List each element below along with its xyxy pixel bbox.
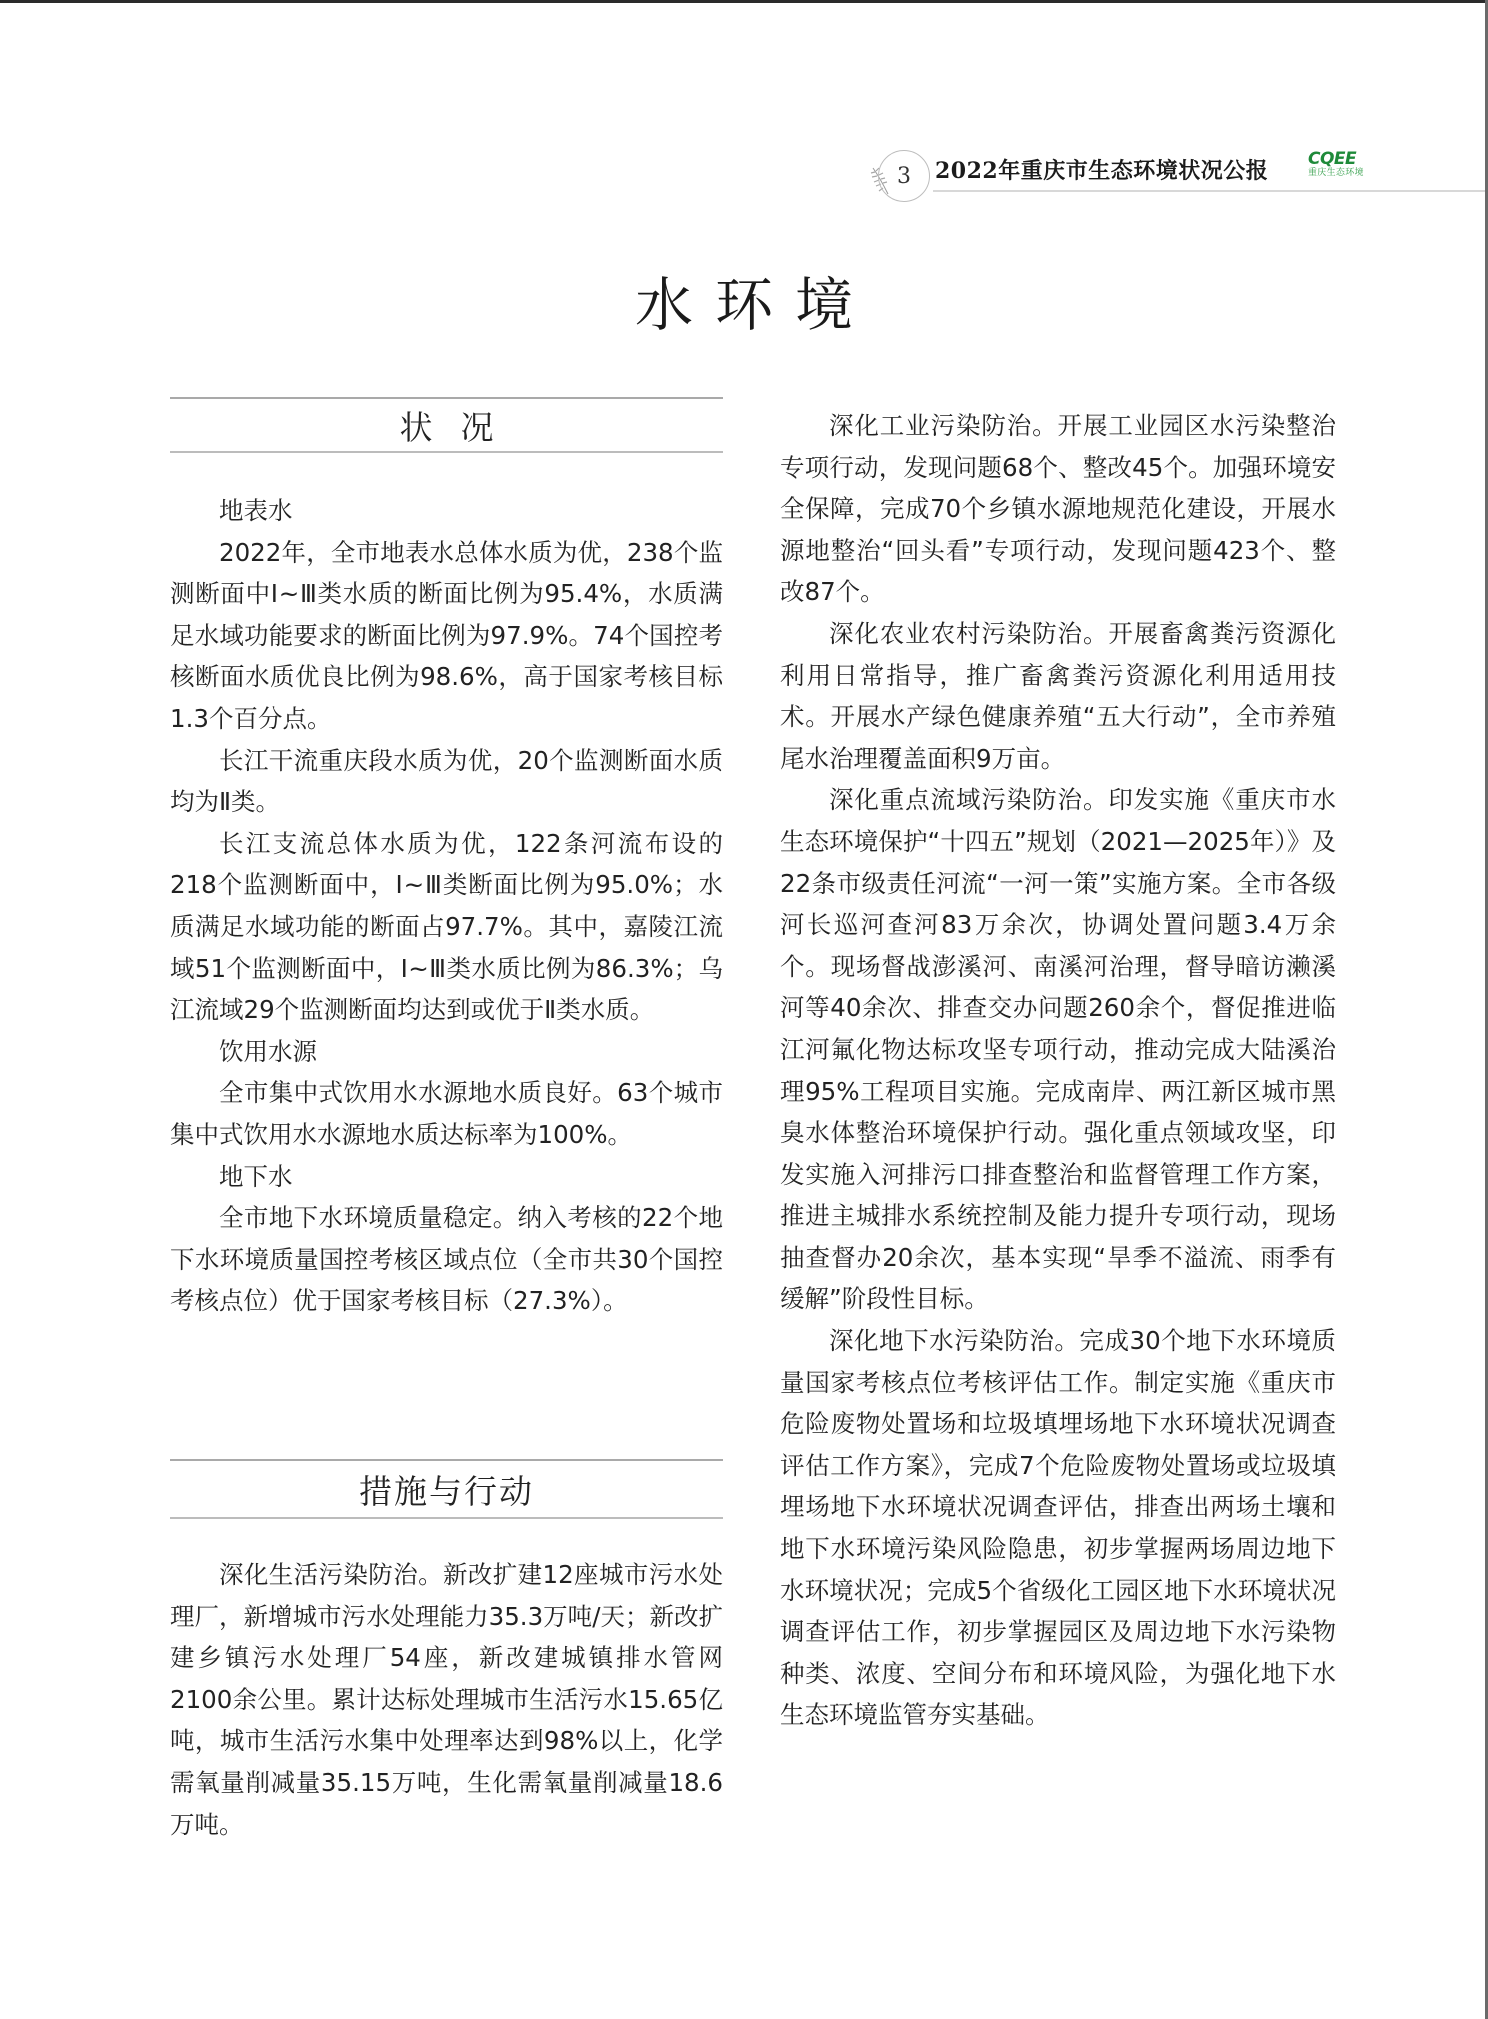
- header-rule: [933, 190, 1485, 192]
- cqee-logo: CQEE 重庆生态环境: [1308, 150, 1378, 184]
- page-number-badge: 3: [878, 150, 930, 202]
- page-title: 水环境: [0, 258, 1488, 342]
- subheading-groundwater: 地下水: [170, 1156, 723, 1198]
- running-header: 3 2022年重庆市生态环境状况公报 CQEE 重庆生态环境: [870, 140, 1485, 210]
- paragraph: 2022年，全市地表水总体水质为优，238个监测断面中Ⅰ~Ⅲ类水质的断面比例为9…: [170, 532, 723, 740]
- subheading-surface-water: 地表水: [170, 490, 723, 532]
- section-heading-status: 状况: [170, 397, 723, 453]
- logo-text: 重庆生态环境: [1308, 168, 1378, 179]
- paragraph: 长江干流重庆段水质为优，20个监测断面水质均为Ⅱ类。: [170, 740, 723, 823]
- paragraph: 全市地下水环境质量稳定。纳入考核的22个地下水环境质量国控考核区域点位（全市共3…: [170, 1197, 723, 1322]
- report-title: 2022年重庆市生态环境状况公报: [935, 154, 1268, 185]
- measures-content-right: 深化工业污染防治。开展工业园区水污染整治专项行动，发现问题68个、整改45个。加…: [780, 405, 1336, 1736]
- section-heading-measures-text: 措施与行动: [359, 1466, 534, 1513]
- paragraph: 深化地下水污染防治。完成30个地下水环境质量国家考核点位考核评估工作。制定实施《…: [780, 1320, 1336, 1736]
- paragraph: 深化重点流域污染防治。印发实施《重庆市水生态环境保护“十四五”规划（2021—2…: [780, 779, 1336, 1320]
- subheading-drinking-water: 饮用水源: [170, 1031, 723, 1073]
- measures-content-left: 深化生活污染防治。新改扩建12座城市污水处理厂，新增城市污水处理能力35.3万吨…: [170, 1554, 723, 1845]
- paragraph: 深化工业污染防治。开展工业园区水污染整治专项行动，发现问题68个、整改45个。加…: [780, 405, 1336, 613]
- section-heading-status-text: 状况: [400, 402, 522, 449]
- status-content: 地表水 2022年，全市地表水总体水质为优，238个监测断面中Ⅰ~Ⅲ类水质的断面…: [170, 490, 723, 1322]
- logo-mark: CQEE: [1308, 150, 1378, 168]
- page-top-border: [0, 0, 1488, 3]
- paragraph: 深化生活污染防治。新改扩建12座城市污水处理厂，新增城市污水处理能力35.3万吨…: [170, 1554, 723, 1845]
- paragraph: 全市集中式饮用水水源地水质良好。63个城市集中式饮用水水源地水质达标率为100%…: [170, 1072, 723, 1155]
- page-number: 3: [897, 164, 911, 189]
- section-heading-measures: 措施与行动: [170, 1459, 723, 1519]
- paragraph: 深化农业农村污染防治。开展畜禽粪污资源化利用日常指导，推广畜禽粪污资源化利用适用…: [780, 613, 1336, 779]
- paragraph: 长江支流总体水质为优，122条河流布设的218个监测断面中，Ⅰ~Ⅲ类断面比例为9…: [170, 823, 723, 1031]
